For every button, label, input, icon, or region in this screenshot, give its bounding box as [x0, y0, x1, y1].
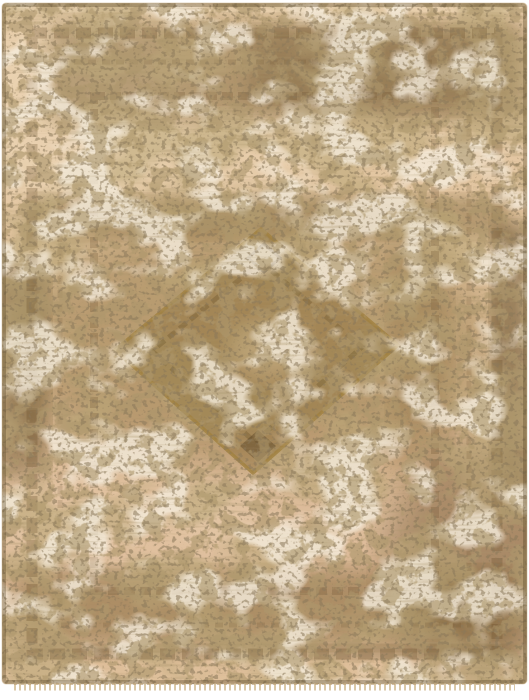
rug-photo-svg: [0, 0, 529, 700]
rug-body: [0, 3, 529, 684]
rug-texture-fine: [2, 3, 527, 684]
rug-photo: [0, 0, 529, 700]
